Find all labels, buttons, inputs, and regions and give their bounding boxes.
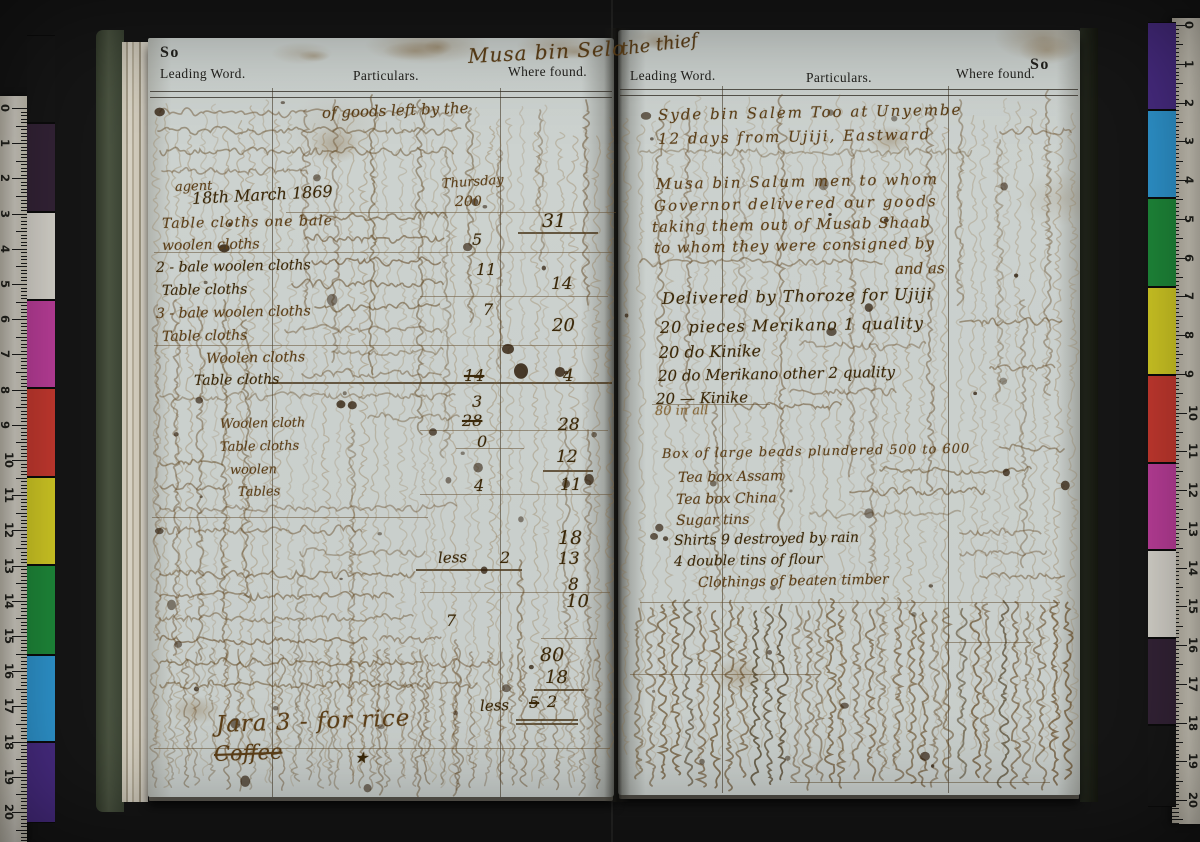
handwriting-text: the thief [620,30,699,60]
handwriting-text: 20 do Kinike [659,341,761,362]
ruler-number: 11 [2,487,16,503]
handwriting-text: less [480,696,510,715]
handwriting-text: Tea box Assam [678,468,783,486]
ruler-tick [1172,812,1179,813]
ruler-tick [16,266,27,267]
ruler-number: 0 [0,104,12,112]
handwriting-text: Box of large beads plundered 500 to 600 [662,442,971,462]
ruler-number: 10 [1186,404,1200,420]
ruler-number: 4 [0,245,12,253]
handwriting-text: 10 [566,591,589,612]
color-patch-green [1148,199,1176,286]
ruler-tick [12,284,27,285]
handwriting-text: Musa bin Salum men to whom [656,170,939,193]
ruler-tick [16,196,27,197]
handwriting-text: 4 [563,366,574,386]
handwriting-text: 5 [529,693,539,712]
handwriting-text: 12 [556,447,578,467]
ruler-tick [21,840,28,841]
ruler-number: 20 [2,804,16,820]
ruler-number: 8 [0,386,12,394]
handwriting-text: 20 pieces Merikano 1 quality [660,313,924,337]
handwriting-text: 13 [558,549,580,569]
color-patch-yellow [1148,288,1176,374]
handwriting-text: Table cloths [220,439,300,455]
ruler-number: 10 [2,452,16,468]
ruler-number: 6 [0,315,12,323]
handwriting-text: 20 do Merikano other 2 quality [658,363,895,385]
handwriting-text: 2 [547,692,557,711]
handwriting-text: Woolen cloths [206,349,305,367]
color-patch-black [27,36,55,122]
ruler-number: 19 [1186,753,1200,769]
ruler-number: 18 [2,734,16,750]
ruler-number: 8 [1182,331,1196,339]
handwriting-text: 31 [542,210,566,232]
color-patch-magenta [1148,464,1176,549]
handwriting-text: Sugar tins [676,512,750,529]
ruler-number: 9 [0,421,12,429]
ruler-number: 4 [1182,176,1196,184]
ruler-tick [21,826,28,827]
handwriting-text: 80 [540,644,564,666]
handwriting-text: 14 [464,366,484,385]
handwriting-text: 7 [446,611,456,630]
ruler-number: 7 [1182,292,1196,300]
ruler-tick [16,759,27,760]
ruler-number: 16 [1186,637,1200,653]
handwriting-text: woolen [230,462,277,478]
handwriting-text: 3 - bale woolen cloths [156,303,311,322]
color-patch-green [27,566,55,654]
ruler-tick [16,618,27,619]
handwriting-text: ★ [354,748,368,767]
handwriting-text: 3 [472,392,482,411]
handwriting-text: Shirts 9 destroyed by rain [674,530,859,549]
ruler-tick [16,337,27,338]
color-calibration-bar-left [27,35,55,823]
ruler-number: 17 [2,698,16,714]
color-patch-red [1148,376,1176,462]
handwriting-text: Table cloths [162,282,248,299]
handwriting-text: woolen cloths [162,236,260,254]
ruler-number: 9 [1182,370,1196,378]
ruler-number: 2 [1182,98,1196,106]
ruler-number: 13 [2,558,16,574]
ruler-number: 3 [1182,137,1196,145]
handwriting-text: 0 [477,432,487,451]
ruler-number: 18 [1186,714,1200,730]
handwriting-text: 4 [474,476,484,495]
ruler-tick [12,354,27,355]
handwriting-text: Tea box China [676,490,777,508]
ruler-number: 14 [1186,559,1200,575]
ruler-tick [1172,819,1183,820]
handwriting-text: taking them out of Musab Shaab [652,213,931,236]
ruler-tick [12,319,27,320]
ruler-number: 19 [2,769,16,785]
ruler-number: 17 [1186,676,1200,692]
ruler-number: 1 [1182,60,1196,68]
ruler-number: 5 [1182,215,1196,223]
color-patch-black [1148,726,1176,806]
ruler-number: 1 [0,139,12,147]
ruler-number: 12 [1186,482,1200,498]
ruler-tick [16,372,27,373]
handwriting-text: 18th March 1869 [192,182,334,208]
ruler-tick [16,654,27,655]
ruler-number: 7 [0,350,12,358]
ruler-tick [16,126,27,127]
ruler-tick [12,178,27,179]
ruler-tick [16,302,27,303]
handwriting-text: 2 [500,548,510,567]
color-patch-violet [27,743,55,822]
handwriting-text: 14 [551,274,573,294]
ruler-left: 01234567891011121314151617181920 [0,96,27,842]
ruler-number: 12 [2,522,16,538]
color-patch-white [27,213,55,299]
handwriting-text: Table cloths one bale [162,213,333,232]
ruler-tick [12,390,27,391]
handwriting-text: Syde bin Salem Too at Unyembe [658,101,963,124]
ruler-tick [21,833,28,834]
handwriting-text: 5 [472,230,482,249]
color-patch-magenta [27,301,55,387]
ruler-number: 3 [0,210,12,218]
ruler-tick [16,548,27,549]
color-patch-blue [27,656,55,741]
ruler-number: 14 [2,593,16,609]
color-patch-dark-purple [27,124,55,211]
ruler-tick [16,583,27,584]
ruler-tick [16,724,27,725]
handwriting-text: 18 [545,667,568,688]
color-patch-violet [1148,23,1176,109]
ruler-number: 16 [2,663,16,679]
handwriting-text: 11 [560,475,582,495]
handwriting-text: Clothings of beaten timber [698,572,889,591]
handwriting-text: Musa bin Selo [467,36,625,68]
handwriting-text: Coffee [214,740,283,766]
handwriting-text: 200 [455,194,482,210]
handwriting-text: Thursday [441,173,504,192]
handwriting-text: and as [895,259,945,278]
ruler-number: 11 [1186,443,1200,459]
ruler-tick [16,513,27,514]
handwriting-text: 7 [483,300,493,319]
handwriting-text: Jara 3 - for rice [216,705,411,738]
handwriting-text: 20 [552,315,575,336]
ruler-number: 2 [0,174,12,182]
ruler-number: 6 [1182,253,1196,261]
handwriting-text: less [438,548,468,567]
handwriting-text: of goods left by the [322,99,469,122]
handwriting-text: to whom they were consigned by [654,234,935,257]
ruler-number: 13 [1186,521,1200,537]
handwriting-text: Tables [238,484,281,500]
ruler-tick [12,214,27,215]
ruler-tick [16,442,27,443]
handwriting-text: 80 in all [655,403,709,419]
handwriting-text: 28 [558,415,580,435]
handwriting-text: 12 days from Ujiji, Eastward [658,125,932,148]
ruler-tick [12,249,27,250]
ruler-tick [12,425,27,426]
ruler-tick [21,837,28,838]
handwriting-text: Table cloths [162,328,248,345]
handwriting-text: Woolen cloth [220,416,306,432]
ruler-tick [16,161,27,162]
ruler-number: 5 [0,280,12,288]
handwriting-text: 28 [462,411,482,430]
scan-stage: So Leading Word. Particulars. Where foun… [0,0,1200,842]
ruler-tick [1172,816,1179,817]
ruler-tick [16,830,27,831]
ruler-number: 20 [1186,792,1200,808]
ruler-tick [16,478,27,479]
ruler-tick [12,143,27,144]
handwriting-text: 18 [558,527,582,549]
ruler-tick [1172,823,1179,824]
ruler-tick [16,407,27,408]
color-patch-blue [1148,111,1176,197]
ruler-tick [1172,808,1179,809]
ruler-number: 15 [1186,598,1200,614]
color-patch-red [27,389,55,476]
color-patch-white [1148,551,1176,637]
ruler-tick [16,794,27,795]
ruler-right: 01234567891011121314151617181920 [1172,18,1200,824]
ruler-number: 0 [1182,21,1196,29]
handwriting-text: 4 double tins of flour [674,551,822,570]
color-calibration-bar-right [1148,22,1176,807]
ruler-tick [16,231,27,232]
color-patch-dark-purple [1148,639,1176,724]
ruler-tick [16,689,27,690]
handwriting-text: Governor delivered our goods [654,192,938,215]
color-patch-yellow [27,478,55,564]
ruler-number: 15 [2,628,16,644]
handwriting-text: Table cloths [194,372,280,389]
handwriting-text: Delivered by Thoroze for Ujiji [662,284,933,308]
handwriting-text: 2 - bale woolen cloths [156,257,311,276]
ruler-tick [12,108,27,109]
handwriting-text-layer: Musa bin Seloof goods left by theagent18… [0,0,1200,842]
handwriting-text: 11 [476,260,496,279]
